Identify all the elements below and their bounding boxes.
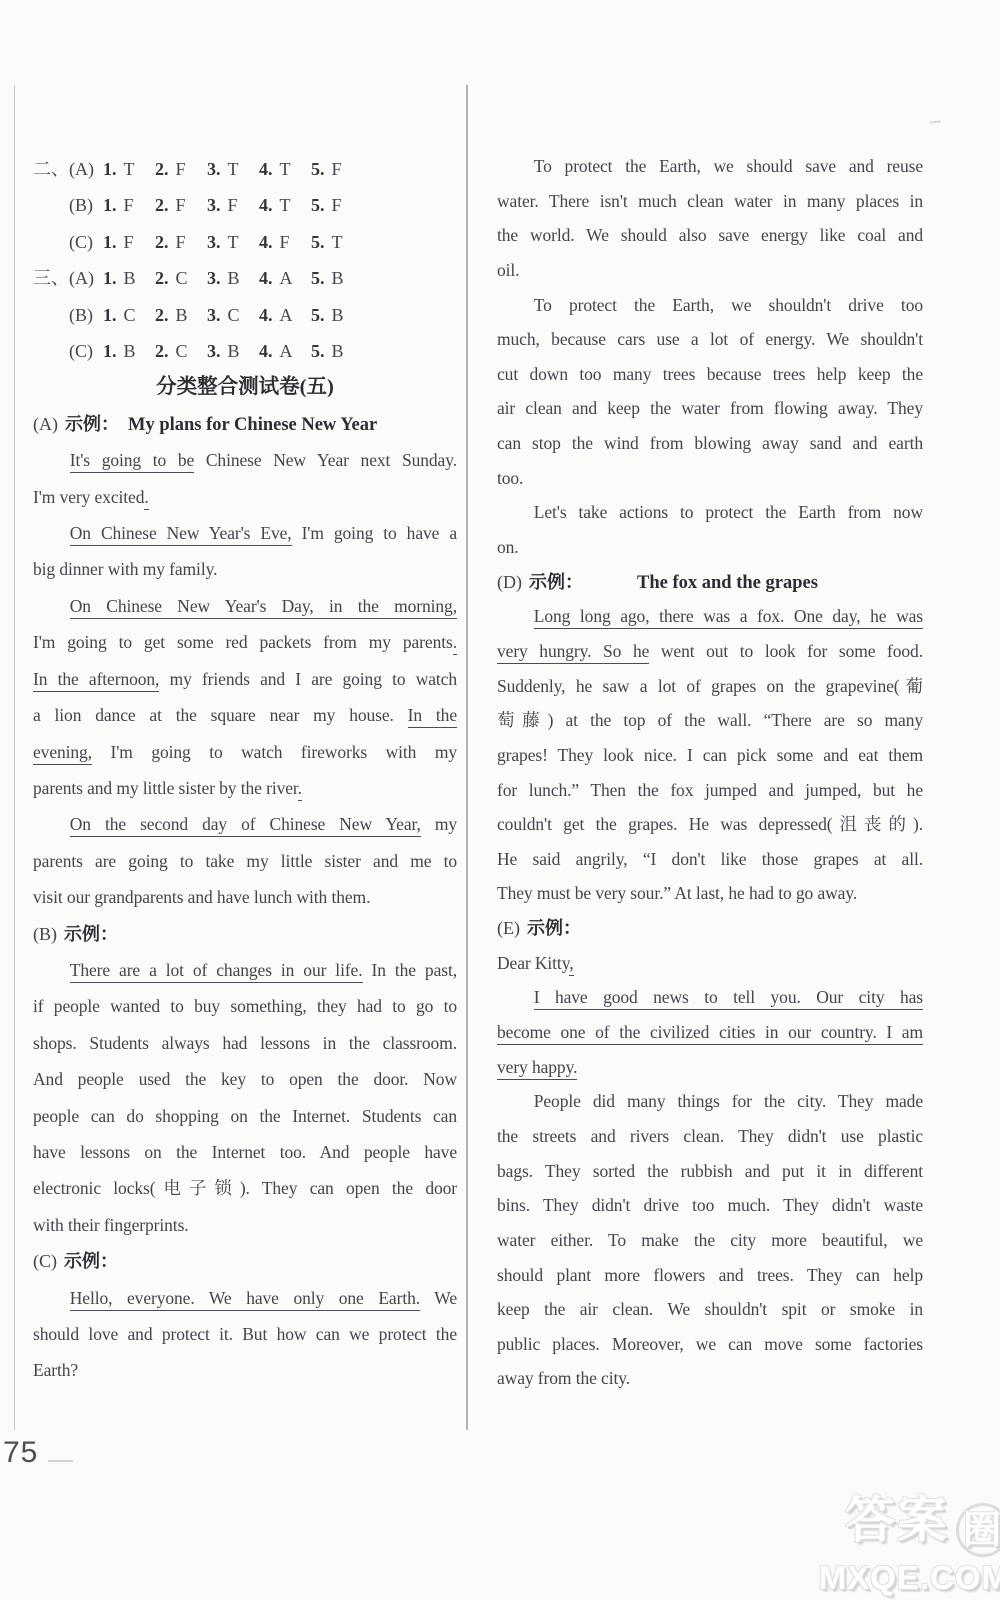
underlined-answer-text: become one of the civilized cities in ou…: [497, 1022, 923, 1045]
answer-item: 2.F: [155, 224, 207, 260]
scan-artifact-mark: [930, 120, 941, 123]
text-line: very hungry. So he went out to look for …: [497, 634, 923, 669]
answer-item: 5.T: [311, 224, 363, 260]
text-segment: a lion dance at the square near my house…: [33, 705, 408, 725]
text-segment: too.: [497, 468, 523, 488]
text-segment: bags. They sorted the rubbish and put it…: [497, 1161, 923, 1181]
text-segment: air clean and keep the water from flowin…: [497, 398, 923, 418]
answer-item-value: B: [176, 305, 188, 325]
text-line: electronic locks(电子锁). They can open the…: [33, 1170, 457, 1206]
section-head: (D)示例：The fox and the grapes: [497, 565, 923, 600]
text-line: On Chinese New Year's Day, in the mornin…: [33, 588, 457, 624]
text-line: Dear Kitty,: [497, 946, 923, 981]
answer-item-value: T: [332, 232, 343, 252]
answer-item: 4.A: [259, 297, 311, 333]
text-line: visit our grandparents and have lunch wi…: [33, 879, 457, 915]
essay-title: My plans for Chinese New Year: [128, 415, 377, 435]
text-segment: parents and my little sister by the rive…: [33, 778, 298, 798]
answer-item-value: T: [280, 195, 291, 215]
answer-item-number: 5.: [311, 341, 325, 361]
text-line: can stop the wind from blowing away sand…: [497, 426, 923, 461]
text-line: On Chinese New Year's Eve, I'm going to …: [33, 515, 457, 551]
text-line: Long long ago, there was a fox. One day,…: [497, 599, 923, 634]
text-line: the streets and rivers clean. They didn'…: [497, 1119, 923, 1154]
answer-item-number: 3.: [207, 341, 221, 361]
text-segment: electronic locks(电子锁). They can open the…: [33, 1178, 457, 1198]
text-segment: Chinese New Year next Sunday.: [194, 450, 457, 470]
answer-key-row: (C)1.B2.C3.B4.A5.B: [33, 333, 457, 369]
text-line: In the afternoon, my friends and I are g…: [33, 661, 457, 697]
answer-item-value: F: [332, 195, 342, 215]
watermark: 答案圈 MXQE.COM: [819, 1495, 1000, 1594]
text-segment: And people used the key to open the door…: [33, 1069, 457, 1089]
text-line: I'm very excited.: [33, 479, 457, 515]
answer-item-value: B: [124, 341, 136, 361]
text-segment: people can do shopping on the Internet. …: [33, 1106, 457, 1126]
answer-item: 2.F: [155, 187, 207, 223]
text-segment: Suddenly, he saw a lot of grapes on the …: [497, 676, 923, 696]
underlined-answer-text: ,: [569, 953, 573, 976]
answer-item-value: F: [176, 159, 186, 179]
text-segment: have lessons on the Internet too. And pe…: [33, 1142, 457, 1162]
underlined-answer-text: In the: [408, 705, 457, 728]
answer-item: 2.B: [155, 297, 207, 333]
text-segment: In the past,: [363, 960, 457, 980]
text-line: 萄藤) at the top of the wall. “There are s…: [497, 703, 923, 738]
underlined-answer-text: There are a lot of changes in our life.: [70, 960, 363, 983]
test-paper-title: 分类整合测试卷(五): [33, 369, 457, 405]
answer-item-number: 5.: [311, 195, 325, 215]
answer-item-value: B: [332, 268, 344, 288]
text-segment: cut down too many trees because trees he…: [497, 364, 923, 384]
right-column: To protect the Earth, we should save and…: [497, 149, 923, 1396]
text-segment: my: [421, 814, 457, 834]
text-line: if people wanted to buy something, they …: [33, 988, 457, 1024]
text-line: Let's take actions to protect the Earth …: [497, 495, 923, 530]
text-line: with their fingerprints.: [33, 1207, 457, 1243]
answer-item-value: B: [228, 341, 240, 361]
text-line: on.: [497, 530, 923, 565]
text-line: People did many things for the city. The…: [497, 1084, 923, 1119]
section-head: (A)示例：My plans for Chinese New Year: [33, 406, 457, 442]
section-label: (C): [33, 1251, 57, 1271]
answer-item: 4.A: [259, 260, 311, 296]
text-line: To protect the Earth, we shouldn't drive…: [497, 288, 923, 323]
answer-part-label: (B): [69, 187, 103, 223]
answer-item-number: 5.: [311, 305, 325, 325]
example-mark: 示例：: [529, 572, 583, 592]
text-line: parents and my little sister by the rive…: [33, 770, 457, 806]
answer-item-value: T: [124, 159, 135, 179]
text-line: big dinner with my family.: [33, 551, 457, 587]
answer-item: 5.B: [311, 297, 363, 333]
paragraph: Dear Kitty,: [497, 946, 923, 981]
answer-item-number: 4.: [259, 195, 273, 215]
text-line: should love and protect it. But how can …: [33, 1316, 457, 1352]
text-segment: He said angrily, “I don't like those gra…: [497, 849, 923, 869]
answer-item: 1.C: [103, 297, 155, 333]
underlined-answer-text: On Chinese New Year's Eve,: [70, 523, 292, 546]
text-line: bins. They didn't drive too much. They d…: [497, 1188, 923, 1223]
paragraph: To protect the Earth, we should save and…: [497, 149, 923, 288]
text-line: Suddenly, he saw a lot of grapes on the …: [497, 669, 923, 704]
section-head: (E)示例：: [497, 911, 923, 946]
answer-item: 3.B: [207, 260, 259, 296]
text-segment: grapes! They look nice. I can pick some …: [497, 745, 923, 765]
answer-item-value: C: [124, 305, 136, 325]
answer-item: 5.F: [311, 187, 363, 223]
answer-item-number: 3.: [207, 195, 221, 215]
text-segment: 萄藤) at the top of the wall. “There are s…: [497, 710, 923, 730]
paragraph: Let's take actions to protect the Earth …: [497, 495, 923, 564]
underlined-answer-text: .: [298, 778, 302, 801]
text-segment: water either. To make the city more beau…: [497, 1230, 923, 1250]
answer-item-value: F: [228, 195, 238, 215]
answer-item-number: 1.: [103, 341, 117, 361]
text-line: It's going to be Chinese New Year next S…: [33, 442, 457, 478]
text-segment: Let's take actions to protect the Earth …: [534, 502, 923, 522]
answer-key-row: (B)1.C2.B3.C4.A5.B: [33, 297, 457, 333]
answer-item-value: F: [124, 195, 134, 215]
example-mark: 示例：: [64, 924, 118, 944]
text-segment: the world. We should also save energy li…: [497, 225, 923, 245]
answer-item-number: 2.: [155, 305, 169, 325]
answer-item-number: 5.: [311, 232, 325, 252]
left-border-line: [14, 85, 15, 1430]
paragraph: On the second day of Chinese New Year, m…: [33, 806, 457, 915]
text-line: Earth?: [33, 1352, 457, 1388]
text-segment: People did many things for the city. The…: [534, 1091, 923, 1111]
text-segment: if people wanted to buy something, they …: [33, 996, 457, 1016]
answer-section-number: [33, 187, 69, 223]
underlined-answer-text: very hungry. So he: [497, 641, 649, 664]
paragraph: On Chinese New Year's Eve, I'm going to …: [33, 515, 457, 588]
text-segment: big dinner with my family.: [33, 559, 217, 579]
answer-item-number: 1.: [103, 195, 117, 215]
text-line: very happy.: [497, 1050, 923, 1085]
answer-item: 5.B: [311, 333, 363, 369]
text-line: the world. We should also save energy li…: [497, 218, 923, 253]
answer-part-label: (B): [69, 297, 103, 333]
section-label: (D): [497, 572, 522, 592]
underlined-answer-text: very happy.: [497, 1057, 577, 1080]
answer-item-value: F: [176, 232, 186, 252]
answer-item-number: 2.: [155, 159, 169, 179]
text-line: become one of the civilized cities in ou…: [497, 1015, 923, 1050]
paragraph: Hello, everyone. We have only one Earth.…: [33, 1280, 457, 1389]
text-line: cut down too many trees because trees he…: [497, 357, 923, 392]
text-line: There are a lot of changes in our life. …: [33, 952, 457, 988]
text-segment: with their fingerprints.: [33, 1215, 189, 1235]
answer-item: 1.B: [103, 333, 155, 369]
section-label: (A): [33, 414, 58, 434]
example-mark: 示例：: [65, 414, 119, 434]
answer-item-value: B: [332, 305, 344, 325]
answer-item: 1.F: [103, 187, 155, 223]
answer-item-value: B: [332, 341, 344, 361]
answer-item-number: 3.: [207, 268, 221, 288]
answer-key-row: 三、(A)1.B2.C3.B4.A5.B: [33, 260, 457, 296]
text-line: bags. They sorted the rubbish and put it…: [497, 1154, 923, 1189]
answer-item: 1.F: [103, 224, 155, 260]
answer-item-value: T: [228, 232, 239, 252]
answer-item: 4.T: [259, 187, 311, 223]
answer-item-number: 1.: [103, 305, 117, 325]
page-number: 75: [3, 1436, 38, 1470]
paragraph: On Chinese New Year's Day, in the mornin…: [33, 588, 457, 806]
answer-part-label: (A): [69, 260, 103, 296]
text-segment: I'm going to get some red packets from m…: [33, 632, 453, 652]
text-segment: on.: [497, 537, 519, 557]
text-line: shops. Students always had lessons in th…: [33, 1025, 457, 1061]
answer-item: 3.C: [207, 297, 259, 333]
text-line: oil.: [497, 253, 923, 288]
text-segment: shops. Students always had lessons in th…: [33, 1033, 457, 1053]
watermark-site: MXQE.COM: [819, 1561, 1000, 1594]
essay-title: The fox and the grapes: [637, 573, 818, 593]
answer-item: 3.T: [207, 224, 259, 260]
paragraph: To protect the Earth, we shouldn't drive…: [497, 288, 923, 496]
answer-section-number: 二、: [33, 151, 69, 187]
text-segment: parents are going to take my little sist…: [33, 851, 457, 871]
text-line: They must be very sour.” At last, he had…: [497, 876, 923, 911]
text-segment: should plant more flowers and trees. The…: [497, 1265, 923, 1285]
answer-part-label: (C): [69, 224, 103, 260]
text-segment: water. There isn't much clean water in m…: [497, 191, 923, 211]
text-line: And people used the key to open the door…: [33, 1061, 457, 1097]
text-segment: I'm going to have a: [292, 523, 457, 543]
answer-section-number: 三、: [33, 260, 69, 296]
text-line: should plant more flowers and trees. The…: [497, 1258, 923, 1293]
answer-item: 1.T: [103, 151, 155, 187]
text-line: have lessons on the Internet too. And pe…: [33, 1134, 457, 1170]
answer-key-row: 二、(A)1.T2.F3.T4.T5.F: [33, 151, 457, 187]
answer-item: 4.A: [259, 333, 311, 369]
text-segment: Dear Kitty: [497, 953, 569, 973]
answer-item-number: 4.: [259, 305, 273, 325]
section-label: (B): [33, 924, 57, 944]
text-line: air clean and keep the water from flowin…: [497, 391, 923, 426]
text-segment: couldn't get the grapes. He was depresse…: [497, 814, 923, 834]
answer-item-value: C: [176, 341, 188, 361]
answer-item: 4.F: [259, 224, 311, 260]
answer-item-number: 4.: [259, 268, 273, 288]
answer-item-number: 4.: [259, 232, 273, 252]
section-label: (E): [497, 918, 520, 938]
text-segment: public places. Moreover, we can move som…: [497, 1334, 923, 1354]
text-line: evening, I'm going to watch fireworks wi…: [33, 734, 457, 770]
left-column: 二、(A)1.T2.F3.T4.T5.F(B)1.F2.F3.F4.T5.F(C…: [33, 151, 457, 1389]
text-segment: much, because cars use a lot of energy. …: [497, 329, 923, 349]
text-line: a lion dance at the square near my house…: [33, 697, 457, 733]
text-line: On the second day of Chinese New Year, m…: [33, 806, 457, 842]
answer-item-number: 2.: [155, 232, 169, 252]
text-line: Hello, everyone. We have only one Earth.…: [33, 1280, 457, 1316]
scanned-answer-page: 二、(A)1.T2.F3.T4.T5.F(B)1.F2.F3.F4.T5.F(C…: [0, 0, 1000, 1600]
answer-section-number: [33, 333, 69, 369]
text-segment: went out to look for some food.: [649, 641, 923, 661]
text-segment: I'm very excited: [33, 487, 144, 507]
underlined-answer-text: I have good news to tell you. Our city h…: [534, 987, 923, 1010]
answer-key-row: (B)1.F2.F3.F4.T5.F: [33, 187, 457, 223]
answer-item-number: 4.: [259, 341, 273, 361]
text-line: away from the city.: [497, 1361, 923, 1396]
column-divider-line: [466, 85, 468, 1430]
text-line: grapes! They look nice. I can pick some …: [497, 738, 923, 773]
underlined-answer-text: On Chinese New Year's Day, in the mornin…: [70, 596, 457, 619]
answer-item: 3.F: [207, 187, 259, 223]
paragraph: People did many things for the city. The…: [497, 1084, 923, 1396]
text-segment: my friends and I are going to watch: [159, 669, 457, 689]
text-line: I have good news to tell you. Our city h…: [497, 980, 923, 1015]
answer-item-value: B: [124, 268, 136, 288]
text-line: water either. To make the city more beau…: [497, 1223, 923, 1258]
answer-item-number: 1.: [103, 268, 117, 288]
underlined-answer-text: .: [144, 487, 148, 510]
answer-item: 2.F: [155, 151, 207, 187]
answer-item-value: T: [228, 159, 239, 179]
answer-item: 1.B: [103, 260, 155, 296]
text-segment: can stop the wind from blowing away sand…: [497, 433, 923, 453]
text-line: too.: [497, 461, 923, 496]
answer-item-number: 4.: [259, 159, 273, 179]
answer-item-value: A: [280, 341, 293, 361]
section-head: (C)示例：: [33, 1243, 457, 1279]
watermark-circle-logo: 圈: [956, 1503, 1000, 1557]
answer-part-label: (A): [69, 151, 103, 187]
answer-item-number: 1.: [103, 159, 117, 179]
section-head: (B)示例：: [33, 916, 457, 952]
page-number-dash: [48, 1460, 73, 1462]
answer-item-value: A: [280, 268, 293, 288]
text-segment: To protect the Earth, we shouldn't drive…: [534, 295, 923, 315]
answer-item-value: C: [176, 268, 188, 288]
answer-item-number: 1.: [103, 232, 117, 252]
text-segment: keep the air clean. We shouldn't spit or…: [497, 1299, 923, 1319]
text-segment: visit our grandparents and have lunch wi…: [33, 887, 370, 907]
paragraph: Long long ago, there was a fox. One day,…: [497, 599, 923, 911]
answer-item-number: 5.: [311, 159, 325, 179]
answer-item-number: 3.: [207, 305, 221, 325]
paragraph: There are a lot of changes in our life. …: [33, 952, 457, 1243]
answer-item-value: A: [280, 305, 293, 325]
text-segment: Earth?: [33, 1360, 78, 1380]
answer-item-number: 2.: [155, 268, 169, 288]
answer-item: 2.C: [155, 260, 207, 296]
text-line: To protect the Earth, we should save and…: [497, 149, 923, 184]
text-line: for lunch.” Then the fox jumped and jump…: [497, 773, 923, 808]
answer-item: 5.B: [311, 260, 363, 296]
paragraph: I have good news to tell you. Our city h…: [497, 980, 923, 1084]
answer-item-number: 5.: [311, 268, 325, 288]
answer-item-number: 2.: [155, 341, 169, 361]
answer-item-value: F: [280, 232, 290, 252]
text-segment: We: [420, 1288, 457, 1308]
text-line: I'm going to get some red packets from m…: [33, 624, 457, 660]
answer-item: 4.T: [259, 151, 311, 187]
paragraph: It's going to be Chinese New Year next S…: [33, 442, 457, 515]
text-line: He said angrily, “I don't like those gra…: [497, 842, 923, 877]
underlined-answer-text: Hello, everyone. We have only one Earth.: [70, 1288, 420, 1311]
underlined-answer-text: It's going to be: [70, 450, 194, 473]
text-segment: I'm going to watch fireworks with my: [92, 742, 457, 762]
text-segment: for lunch.” Then the fox jumped and jump…: [497, 780, 923, 800]
text-segment: bins. They didn't drive too much. They d…: [497, 1195, 923, 1215]
text-segment: away from the city.: [497, 1368, 630, 1388]
answer-item: 3.T: [207, 151, 259, 187]
answer-item: 2.C: [155, 333, 207, 369]
text-line: couldn't get the grapes. He was depresse…: [497, 807, 923, 842]
underlined-answer-text: Long long ago, there was a fox. One day,…: [534, 606, 923, 629]
answer-item-value: F: [332, 159, 342, 179]
answer-item-value: F: [124, 232, 134, 252]
answer-item-value: C: [228, 305, 240, 325]
answer-item: 3.B: [207, 333, 259, 369]
answer-item-number: 3.: [207, 232, 221, 252]
answer-item-number: 2.: [155, 195, 169, 215]
answer-key-row: (C)1.F2.F3.T4.F5.T: [33, 224, 457, 260]
underlined-answer-text: On the second day of Chinese New Year,: [70, 814, 421, 837]
example-mark: 示例：: [64, 1251, 118, 1271]
underlined-answer-text: .: [453, 632, 457, 655]
text-line: much, because cars use a lot of energy. …: [497, 322, 923, 357]
text-line: parents are going to take my little sist…: [33, 843, 457, 879]
answer-item-value: F: [176, 195, 186, 215]
answer-section-number: [33, 224, 69, 260]
text-segment: the streets and rivers clean. They didn'…: [497, 1126, 923, 1146]
example-mark: 示例：: [527, 918, 581, 938]
answer-item-value: T: [280, 159, 291, 179]
text-segment: should love and protect it. But how can …: [33, 1324, 457, 1344]
text-line: keep the air clean. We shouldn't spit or…: [497, 1292, 923, 1327]
underlined-answer-text: evening,: [33, 742, 92, 765]
answer-item-number: 3.: [207, 159, 221, 179]
answer-item-value: B: [228, 268, 240, 288]
text-line: water. There isn't much clean water in m…: [497, 184, 923, 219]
watermark-brand: 答案圈: [819, 1495, 1000, 1557]
text-segment: They must be very sour.” At last, he had…: [497, 883, 857, 903]
text-line: public places. Moreover, we can move som…: [497, 1327, 923, 1362]
underlined-answer-text: In the afternoon,: [33, 669, 159, 692]
answer-item: 5.F: [311, 151, 363, 187]
text-segment: To protect the Earth, we should save and…: [534, 156, 923, 176]
answer-section-number: [33, 297, 69, 333]
text-segment: oil.: [497, 260, 519, 280]
answer-part-label: (C): [69, 333, 103, 369]
text-line: people can do shopping on the Internet. …: [33, 1098, 457, 1134]
